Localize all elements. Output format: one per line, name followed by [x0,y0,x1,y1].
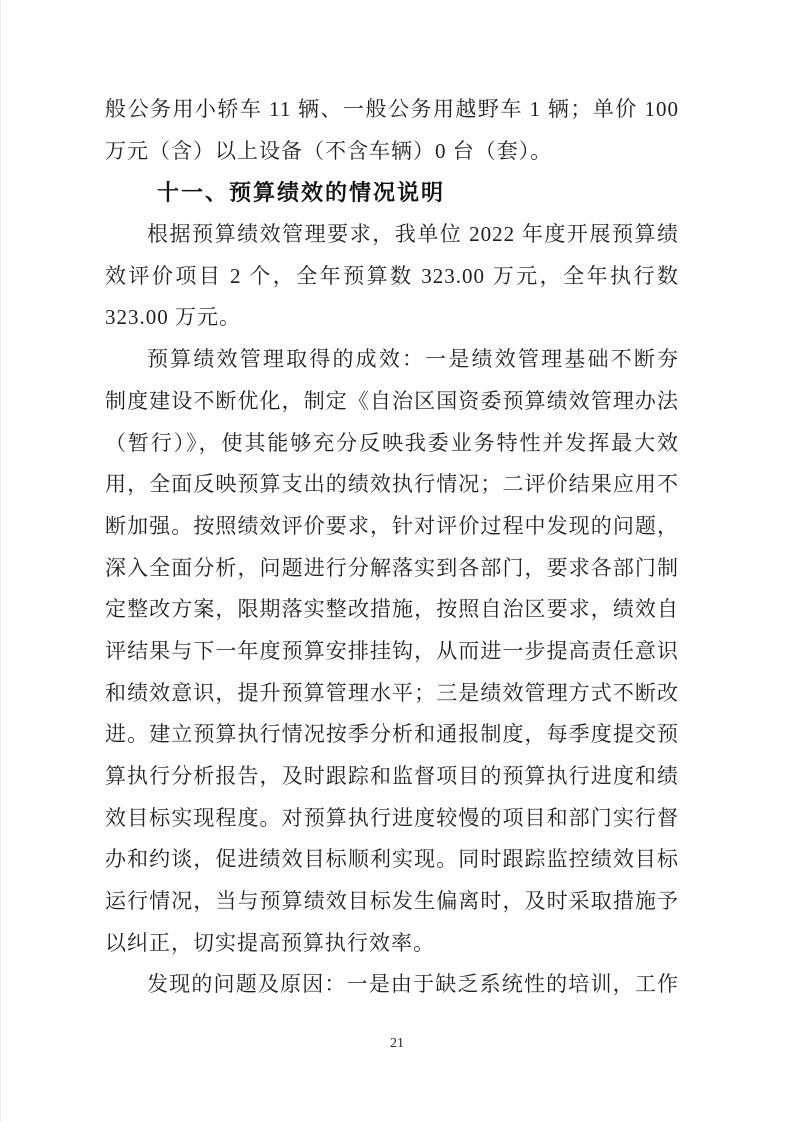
text-line: （暂行）》，使其能够充分反映我委业务特性并发挥最大效 [105,423,679,465]
text-line: 运行情况，当与预算绩效目标发生偏离时，及时采取措施予 [105,881,679,923]
text-line: 323.00 万元。 [105,297,679,339]
text-line: 制度建设不断优化，制定《自治区国资委预算绩效管理办法 [105,381,679,423]
text-line: 定整改方案，限期落实整改措施，按照自治区要求，绩效自 [105,589,679,631]
text-line: 断加强。按照绩效评价要求，针对评价过程中发现的问题， [105,506,679,548]
text-line: 进。建立预算执行情况按季分析和通报制度，每季度提交预 [105,714,679,756]
text-line: 万元（含）以上设备（不含车辆）0 台（套）。 [105,131,679,173]
document-text-block: 般公务用小轿车 11 辆、一般公务用越野车 1 辆；单价 100万元（含）以上设… [105,89,679,1006]
text-line: 预算绩效管理取得的成效：一是绩效管理基础不断夯实， [105,339,679,381]
text-line: 般公务用小轿车 11 辆、一般公务用越野车 1 辆；单价 100 [105,89,679,131]
text-line: 根据预算绩效管理要求，我单位 2022 年度开展预算绩 [105,214,679,256]
text-line: 效目标实现程度。对预算执行进度较慢的项目和部门实行督 [105,798,679,840]
text-line: 算执行分析报告，及时跟踪和监督项目的预算执行进度和绩 [105,756,679,798]
text-line: 发现的问题及原因：一是由于缺乏系统性的培训，工作 [105,964,679,1006]
text-line: 和绩效意识，提升预算管理水平；三是绩效管理方式不断改 [105,673,679,715]
text-line: 评结果与下一年度预算安排挂钩，从而进一步提高责任意识 [105,631,679,673]
text-line: 办和约谈，促进绩效目标顺利实现。同时跟踪监控绩效目标 [105,839,679,881]
section-heading: 十一、预算绩效的情况说明 [105,172,679,214]
text-line: 用，全面反映预算支出的绩效执行情况；二评价结果应用不 [105,464,679,506]
text-line: 效评价项目 2 个，全年预算数 323.00 万元，全年执行数 [105,256,679,298]
text-line: 深入全面分析，问题进行分解落实到各部门，要求各部门制 [105,548,679,590]
page-number: 21 [1,1036,793,1052]
document-page: 般公务用小轿车 11 辆、一般公务用越野车 1 辆；单价 100万元（含）以上设… [0,0,793,1122]
text-line: 以纠正，切实提高预算执行效率。 [105,923,679,965]
